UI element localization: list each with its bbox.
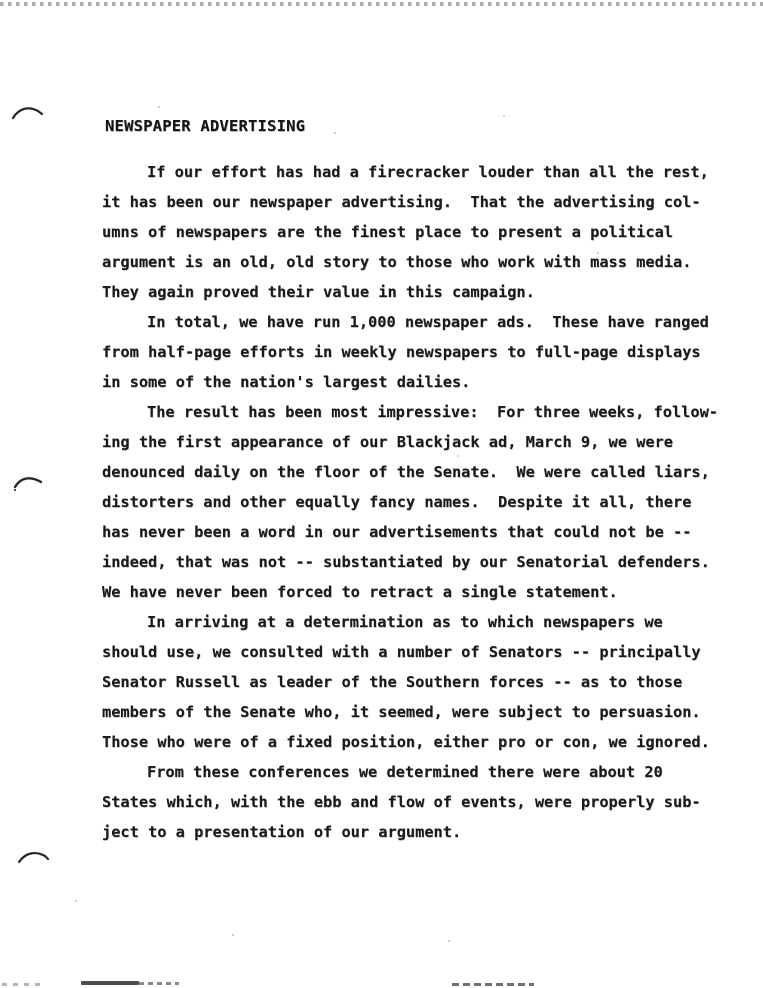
- text-line: In arriving at a determination as to whi…: [102, 607, 727, 637]
- paragraph: If our effort has had a firecracker loud…: [102, 157, 727, 307]
- scan-speck: [158, 106, 160, 108]
- margin-curl-mark: [12, 474, 48, 494]
- text-line: in some of the nation's largest dailies.: [102, 367, 727, 397]
- text-line: From these conferences we determined the…: [102, 757, 727, 787]
- text-line: should use, we consulted with a number o…: [102, 637, 727, 667]
- paragraph: The result has been most impressive: For…: [102, 397, 727, 607]
- paragraph: In arriving at a determination as to whi…: [102, 607, 727, 757]
- scan-artifact-bottom-bar: [81, 981, 139, 985]
- text-line: ject to a presentation of our argument.: [102, 817, 727, 847]
- scan-speck: [448, 940, 450, 942]
- text-line: from half-page efforts in weekly newspap…: [102, 337, 727, 367]
- text-line: distorters and other equally fancy names…: [102, 487, 727, 517]
- text-line: States which, with the ebb and flow of e…: [102, 787, 727, 817]
- text-line: They again proved their value in this ca…: [102, 277, 727, 307]
- scan-speck: [597, 252, 599, 254]
- text-line: indeed, that was not -- substantiated by…: [102, 547, 727, 577]
- text-line: In total, we have run 1,000 newspaper ad…: [102, 307, 727, 337]
- scan-artifact-bottom-bar-tail: [139, 982, 179, 985]
- scan-speck: [75, 900, 77, 902]
- text-line: umns of newspapers are the finest place …: [102, 217, 727, 247]
- document-body: If our effort has had a firecracker loud…: [102, 157, 727, 847]
- scan-speck: [503, 115, 505, 117]
- text-line: The result has been most impressive: For…: [102, 397, 727, 427]
- paragraph: In total, we have run 1,000 newspaper ad…: [102, 307, 727, 397]
- text-line: has never been a word in our advertiseme…: [102, 517, 727, 547]
- text-line: it has been our newspaper advertising. T…: [102, 187, 727, 217]
- text-line: argument is an old, old story to those w…: [102, 247, 727, 277]
- scan-speck: [232, 934, 234, 936]
- scan-speck: [334, 132, 336, 134]
- text-line: We have never been forced to retract a s…: [102, 577, 727, 607]
- text-line: denounced daily on the floor of the Sena…: [102, 457, 727, 487]
- scanned-document-page: NEWSPAPER ADVERTISING If our effort has …: [0, 0, 763, 988]
- text-line: members of the Senate who, it seemed, we…: [102, 697, 727, 727]
- scan-speck: [457, 455, 459, 457]
- paragraph: From these conferences we determined the…: [102, 757, 727, 847]
- scan-artifact-bottom-right: [452, 983, 534, 986]
- text-line: Senator Russell as leader of the Souther…: [102, 667, 727, 697]
- scan-artifact-bottom-left: [2, 983, 46, 986]
- text-line: If our effort has had a firecracker loud…: [102, 157, 727, 187]
- text-line: ing the first appearance of our Blackjac…: [102, 427, 727, 457]
- text-line: Those who were of a fixed position, eith…: [102, 727, 727, 757]
- scan-edge-dots: [0, 2, 763, 6]
- margin-curl-mark: [10, 104, 46, 124]
- document-heading: NEWSPAPER ADVERTISING: [105, 117, 305, 135]
- margin-curl-mark: [16, 848, 52, 868]
